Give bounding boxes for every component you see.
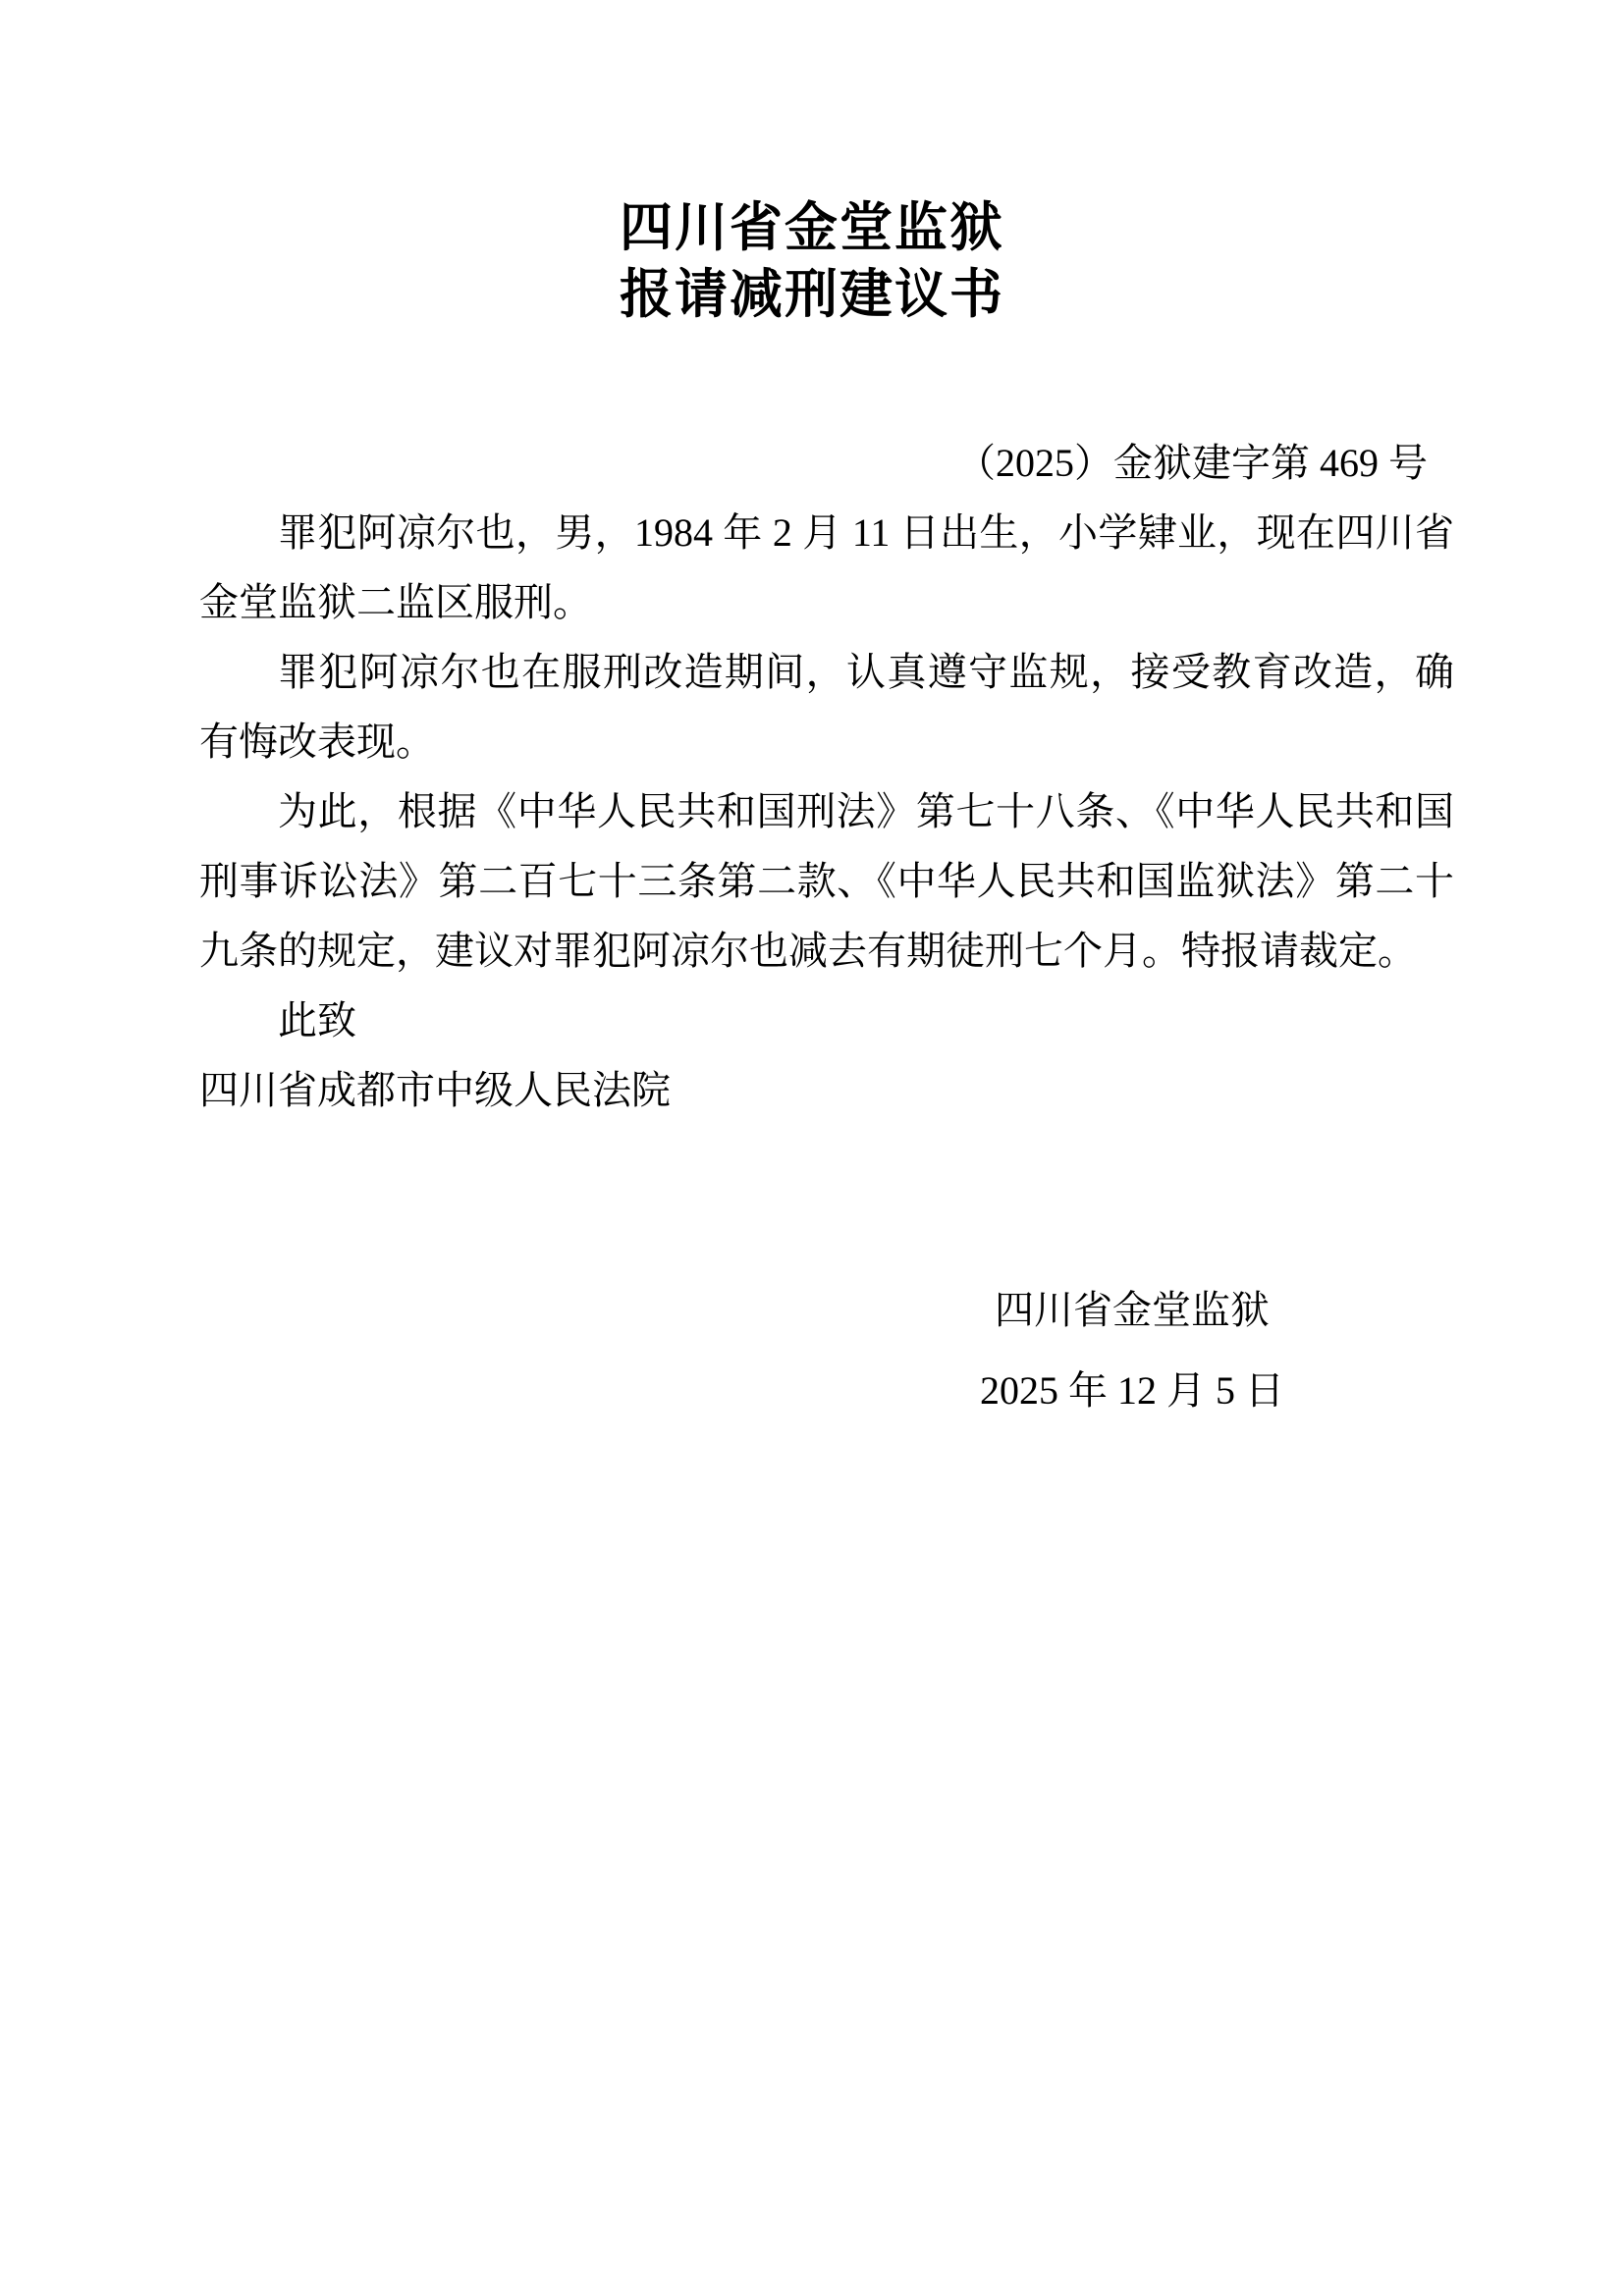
document-number: （2025）金狱建字第 469 号 [0,428,1624,498]
recipient-court: 四川省成都市中级人民法院 [199,1055,1454,1125]
signature-organization: 四川省金堂监狱 [980,1270,1284,1351]
paragraph-legal-basis: 为此，根据《中华人民共和国刑法》第七十八条、《中华人民共和国刑事诉讼法》第二百七… [199,776,1454,986]
signature-date: 2025 年 12 月 5 日 [980,1351,1284,1431]
signature-block: 四川省金堂监狱 2025 年 12 月 5 日 [980,1270,1284,1431]
paragraph-offender-info: 罪犯阿凉尔也，男，1984 年 2 月 11 日出生，小学肄业，现在四川省金堂监… [199,498,1454,637]
title-org-line: 四川省金堂监狱 [0,194,1624,261]
document-page: 四川省金堂监狱 报请减刑建议书 （2025）金狱建字第 469 号 罪犯阿凉尔也… [0,0,1624,2296]
document-body: 罪犯阿凉尔也，男，1984 年 2 月 11 日出生，小学肄业，现在四川省金堂监… [0,498,1624,1125]
salutation: 此致 [199,986,1454,1055]
title-type-line: 报请减刑建议书 [0,261,1624,328]
paragraph-behavior: 罪犯阿凉尔也在服刑改造期间，认真遵守监规，接受教育改造，确有悔改表现。 [199,637,1454,776]
document-title: 四川省金堂监狱 报请减刑建议书 [0,194,1624,328]
